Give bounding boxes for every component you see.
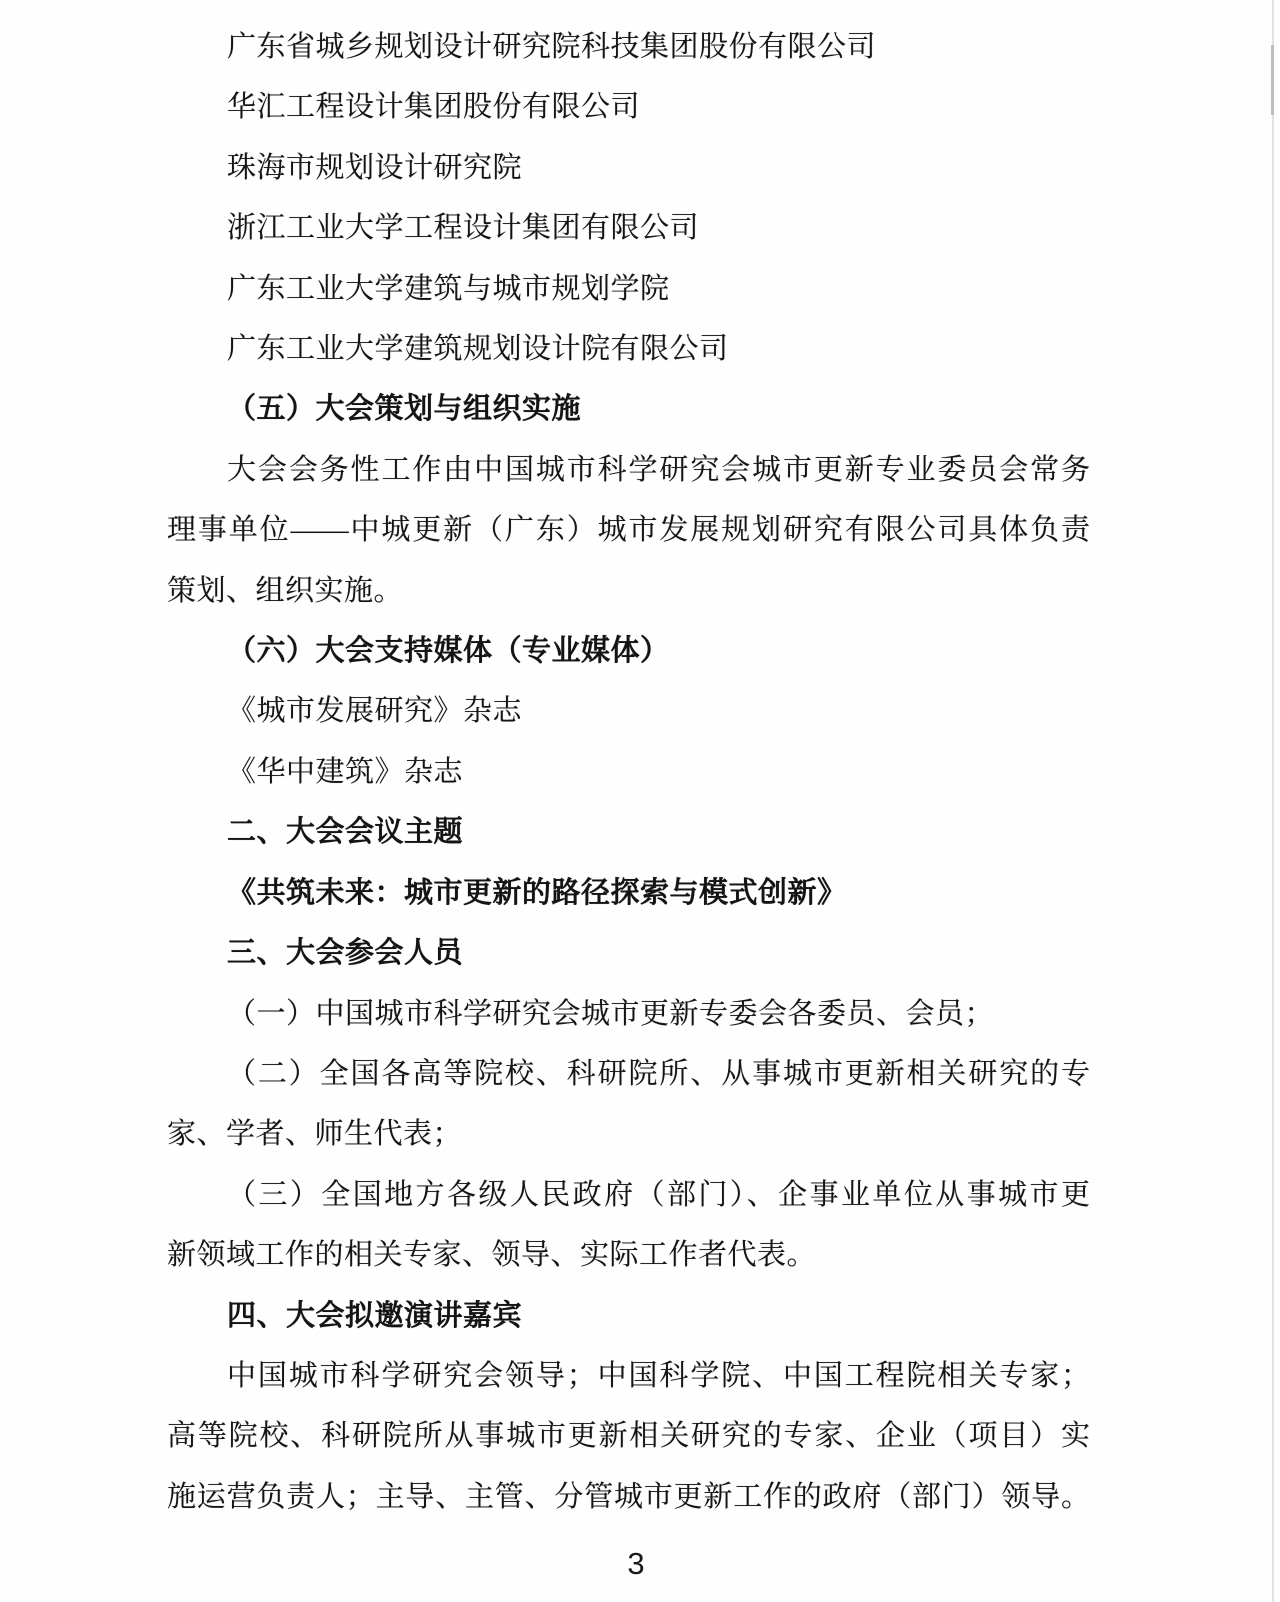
paragraph-line: 策划、组织实施。	[167, 561, 1090, 621]
paragraph-line: （一）中国城市科学研究会城市更新专委会各委员、会员；	[167, 984, 1090, 1044]
paragraph-line: 大会会务性工作由中国城市科学研究会城市更新专业委员会常务	[167, 440, 1090, 500]
paragraph-line: 家、学者、师生代表；	[167, 1104, 1090, 1164]
section-heading-2: 二、大会会议主题	[167, 802, 1090, 862]
paragraph-line: 理事单位——中城更新（广东）城市发展规划研究有限公司具体负责	[167, 500, 1090, 560]
org-list-item: 珠海市规划设计研究院	[167, 138, 1090, 198]
org-list-item: 广东省城乡规划设计研究院科技集团股份有限公司	[167, 17, 1090, 77]
section-heading-6: （六）大会支持媒体（专业媒体）	[167, 621, 1090, 681]
document-page: 广东省城乡规划设计研究院科技集团股份有限公司 华汇工程设计集团股份有限公司 珠海…	[0, 0, 1280, 1602]
paragraph-line: 高等院校、科研院所从事城市更新相关研究的专家、企业（项目）实	[167, 1406, 1090, 1466]
media-list-item: 《城市发展研究》杂志	[167, 681, 1090, 741]
paragraph-line: （二）全国各高等院校、科研院所、从事城市更新相关研究的专	[167, 1044, 1090, 1104]
page-number: 3	[0, 1546, 1272, 1582]
paragraph-line: 施运营负责人；主导、主管、分管城市更新工作的政府（部门）领导。	[167, 1467, 1090, 1527]
conference-theme-line: 《共筑未来：城市更新的路径探索与模式创新》	[167, 863, 1090, 923]
document-body: 广东省城乡规划设计研究院科技集团股份有限公司 华汇工程设计集团股份有限公司 珠海…	[167, 17, 1090, 1527]
media-list-item: 《华中建筑》杂志	[167, 742, 1090, 802]
section-heading-3: 三、大会参会人员	[167, 923, 1090, 983]
paragraph-line: 中国城市科学研究会领导；中国科学院、中国工程院相关专家；	[167, 1346, 1090, 1406]
paragraph-line: （三）全国地方各级人民政府（部门）、企事业单位从事城市更	[167, 1165, 1090, 1225]
scan-edge-artifact-dark	[1271, 45, 1274, 115]
org-list-item: 广东工业大学建筑规划设计院有限公司	[167, 319, 1090, 379]
section-heading-4: 四、大会拟邀演讲嘉宾	[167, 1286, 1090, 1346]
org-list-item: 广东工业大学建筑与城市规划学院	[167, 259, 1090, 319]
org-list-item: 浙江工业大学工程设计集团有限公司	[167, 198, 1090, 258]
section-heading-5: （五）大会策划与组织实施	[167, 379, 1090, 439]
org-list-item: 华汇工程设计集团股份有限公司	[167, 77, 1090, 137]
paragraph-line: 新领域工作的相关专家、领导、实际工作者代表。	[167, 1225, 1090, 1285]
scan-edge-artifact	[1272, 0, 1274, 1602]
